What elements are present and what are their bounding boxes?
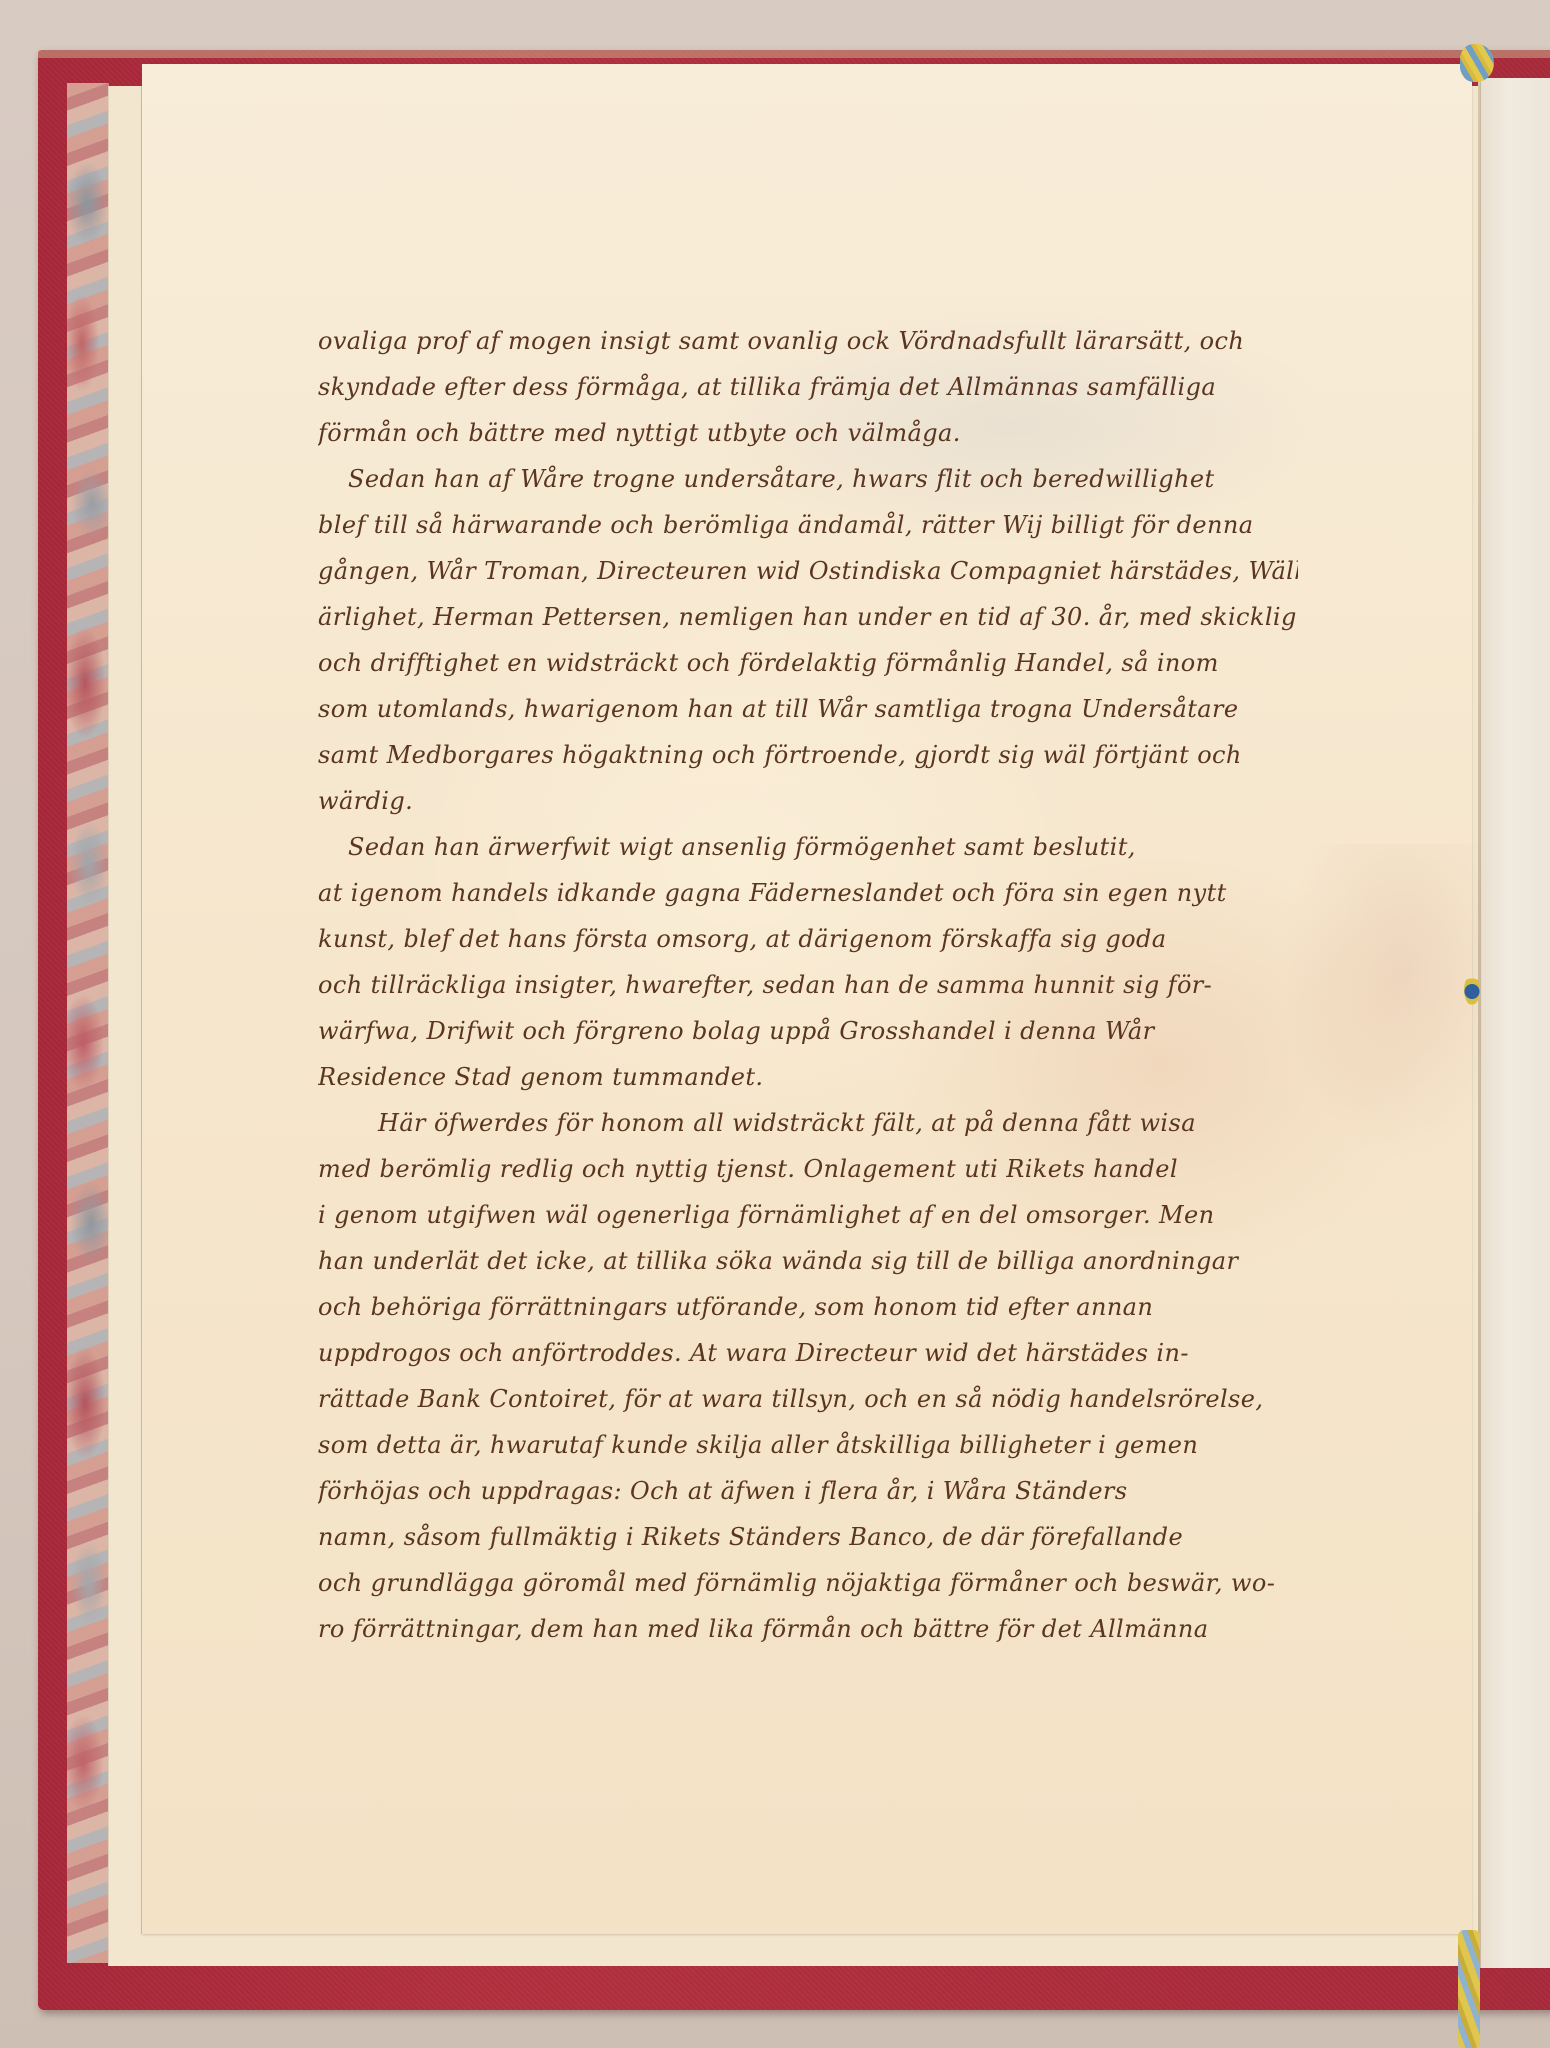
text-line: at igenom handels idkande gagna Fädernes… (318, 870, 1298, 916)
text-line: ovaliga prof af mogen insigt samt ovanli… (318, 318, 1298, 364)
text-line: Sedan han ärwerfwit wigt ansenlig förmög… (318, 824, 1298, 870)
text-line: namn, såsom fullmäktig i Rikets Ständers… (318, 1514, 1298, 1560)
text-line: rättade Bank Contoiret, för at wara till… (318, 1376, 1298, 1422)
text-line: Sedan han af Wåre trogne undersåtare, hw… (318, 456, 1298, 502)
text-line: kunst, blef det hans första omsorg, at d… (318, 916, 1298, 962)
text-line: i genom utgifwen wäl ogenerliga förnämli… (318, 1192, 1298, 1238)
text-line: uppdrogos och anförtroddes. At wara Dire… (318, 1330, 1298, 1376)
text-line: och grundlägga göromål med förnämlig nöj… (318, 1560, 1298, 1606)
text-line: ro förrättningar, dem han med lika förmå… (318, 1606, 1298, 1652)
text-line: gången, Wår Troman, Directeuren wid Osti… (318, 548, 1298, 594)
next-page-edge (1480, 78, 1550, 1968)
text-line: ärlighet, Herman Pettersen, nemligen han… (318, 594, 1298, 640)
ink-showthrough (1282, 844, 1482, 1164)
text-line: med berömlig redlig och nyttig tjenst. O… (318, 1146, 1298, 1192)
text-line: förhöjas och uppdragas: Och at äfwen i f… (318, 1468, 1298, 1514)
cover-top-edge (38, 50, 1550, 58)
text-line: han underlät det icke, at tillika söka w… (318, 1238, 1298, 1284)
text-line: och behöriga förrättningars utförande, s… (318, 1284, 1298, 1330)
silk-cord-binding-icon (1464, 975, 1480, 1005)
text-line: och tillräckliga insigter, hwarefter, se… (318, 962, 1298, 1008)
text-line: skyndade efter dess förmåga, at tillika … (318, 364, 1298, 410)
text-line: som utomlands, hwarigenom han at till Wå… (318, 686, 1298, 732)
text-line: samt Medborgares högaktning och förtroen… (318, 732, 1298, 778)
text-line: Här öfwerdes för honom all widsträckt fä… (318, 1100, 1298, 1146)
manuscript-text: ovaliga prof af mogen insigt samt ovanli… (318, 318, 1298, 1652)
text-line: och drifftighet en widsträckt och fördel… (318, 640, 1298, 686)
text-line: som detta är, hwarutaf kunde skilja alle… (318, 1422, 1298, 1468)
text-line: wärfwa, Drifwit och förgreno bolag uppå … (318, 1008, 1298, 1054)
text-line: förmån och bättre med nyttigt utbyte och… (318, 410, 1298, 456)
silk-cord-top-icon (1460, 44, 1494, 82)
marbled-endpaper (67, 83, 109, 1963)
text-line: Residence Stad genom tummandet. (318, 1054, 1298, 1100)
text-line: wärdig. (318, 778, 1298, 824)
text-line: blef till så härwarande och berömliga än… (318, 502, 1298, 548)
silk-cord-tassel-icon (1458, 1930, 1480, 2048)
